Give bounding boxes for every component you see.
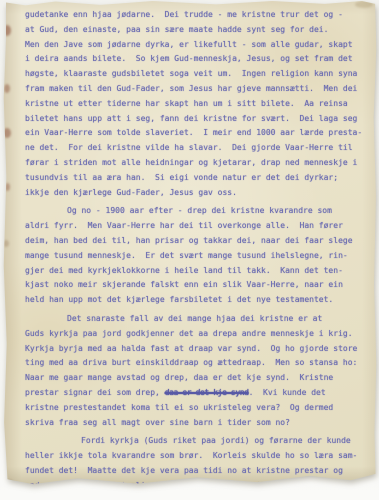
paper-stain xyxy=(3,25,11,36)
text-segment: at Gud, den einaste, paa sin sære maate … xyxy=(25,25,328,34)
text-line: skriva fraa seg all magt over sine barn … xyxy=(25,416,363,431)
text-segment: fundet det! Maatte det kje vera paa tidi… xyxy=(25,466,343,475)
paper-stain xyxy=(4,84,10,93)
text-line: gudetanke enn hjaa jødarne. Dei trudde -… xyxy=(25,8,363,23)
text-segment: gudetanke enn hjaa jødarne. Dei trudde -… xyxy=(25,10,343,19)
typewritten-text: gudetanke enn hjaa jødarne. Dei trudde -… xyxy=(25,8,363,494)
text-segment: aldri fyrr. Men Vaar-Herre har dei til o… xyxy=(25,221,343,230)
text-line: Det snaraste fall av dei mange hjaa dei … xyxy=(25,312,363,327)
text-line: deim, han bed dei til, han prisar og tak… xyxy=(25,234,363,249)
text-line: Og no - 1900 aar efter - drep dei kristn… xyxy=(25,204,363,219)
paragraph: Fordi kyrkja (Guds riket paa jordi) og f… xyxy=(25,434,363,493)
text-segment: ting med aa driva burt einskilddraap og … xyxy=(25,358,357,367)
text-segment: Fordi kyrkja (Guds riket paa jordi) og f… xyxy=(81,436,351,445)
paper-stain xyxy=(3,240,9,247)
text-segment: kjast noko meir skjerande falskt enn ein… xyxy=(25,280,343,289)
paper-stain xyxy=(3,128,11,138)
text-line: ting med aa driva burt einskilddraap og … xyxy=(25,356,363,371)
text-line: kjast noko meir skjerande falskt enn ein… xyxy=(25,278,363,293)
text-line: ikkje den kjærlege Gud-Fader, Jesus gav … xyxy=(25,186,363,201)
text-line: gjer dei med kyrkjeklokkorne i heile lan… xyxy=(25,264,363,279)
text-segment: ein Vaar-Herre som tolde slaveriet. I me… xyxy=(25,128,362,137)
text-segment: biletet hans upp att i seg, fann dei kri… xyxy=(25,114,357,123)
paragraph: Og no - 1900 aar efter - drep dei kristn… xyxy=(25,204,363,308)
text-line: ein Vaar-Herre som tolde slaveriet. I me… xyxy=(25,126,363,141)
text-segment: held han upp mot det kjærlege farsbilete… xyxy=(25,295,333,304)
text-segment: Guds kyrkja paa jord godkjenner det aa d… xyxy=(25,329,353,338)
text-line: Guds kyrkja paa jord godkjenner det aa d… xyxy=(25,327,363,342)
text-segment: skriva fraa seg all magt over sine barn … xyxy=(25,418,290,427)
text-segment: Men den Jave som jødarne dyrka, er likef… xyxy=(25,40,353,49)
text-line: heller ikkje tola kvarandre som brør. Ko… xyxy=(25,449,363,464)
text-segment: førar i striden mot alle heidningar og k… xyxy=(25,158,357,167)
text-segment: Det snaraste fall av dei mange hjaa dei … xyxy=(67,314,322,323)
text-line: førar i striden mot alle heidningar og k… xyxy=(25,156,363,171)
paper-shadow-wrap: gudetanke enn hjaa jødarne. Dei trudde -… xyxy=(0,0,379,500)
paper-stain xyxy=(5,183,10,191)
text-line: fundet det! Maatte det kje vera paa tidi… xyxy=(25,464,363,479)
text-line: i deira aands bilete. So kjem Gud-mennes… xyxy=(25,52,363,67)
text-line: mange tusund menneskje. Er det svært man… xyxy=(25,249,363,264)
text-line: høgste, klaaraste gudsbiletet soga veit … xyxy=(25,67,363,82)
paragraph: gudetanke enn hjaa jødarne. Dei trudde -… xyxy=(25,8,363,200)
text-line: Kyrkja byrja med aa halda fast at draap … xyxy=(25,342,363,357)
text-line: andre førarar i kristenlivet gjekk saman… xyxy=(25,479,363,494)
text-line: Men den Jave som jødarne dyrka, er likef… xyxy=(25,38,363,53)
text-line: Naar me gaar mange avstad og drep, daa e… xyxy=(25,371,363,386)
paragraph: Det snaraste fall av dei mange hjaa dei … xyxy=(25,312,363,430)
text-segment: Naar me gaar mange avstad og drep, daa e… xyxy=(25,373,333,382)
text-line: Fordi kyrkja (Guds riket paa jordi) og f… xyxy=(25,434,363,449)
text-segment: høgste, klaaraste gudsbiletet soga veit … xyxy=(25,69,357,78)
text-line: kristne ut etter tiderne har skapt han u… xyxy=(25,97,363,112)
text-segment: kristne prestestandet koma til ei so ukr… xyxy=(25,403,333,412)
text-line: prestar signar dei som drep, daa er det … xyxy=(25,386,363,401)
text-line: ne det. For dei kristne vilde ha slavar.… xyxy=(25,141,363,156)
text-segment: gjer dei med kyrkjeklokkorne i heile lan… xyxy=(25,266,343,275)
text-segment: kristne ut etter tiderne har skapt han u… xyxy=(25,99,348,108)
text-segment: heller ikkje tola kvarandre som brør. Ko… xyxy=(25,451,357,460)
text-line: fram maken til den Gud-Fader, som Jesus … xyxy=(25,82,363,97)
text-line: held han upp mot det kjærlege farsbilete… xyxy=(25,293,363,308)
text-segment: mange tusund menneskje. Er det svært man… xyxy=(25,251,348,260)
text-segment: Og no - 1900 aar efter - drep dei kristn… xyxy=(67,206,332,215)
text-line: aldri fyrr. Men Vaar-Herre har dei til o… xyxy=(25,219,363,234)
text-line: biletet hans upp att i seg, fann dei kri… xyxy=(25,112,363,127)
text-segment: deim, han bed dei til, han prisar og tak… xyxy=(25,236,353,245)
text-segment: prestar signar dei som drep, xyxy=(25,388,165,397)
text-segment: andre førarar i kristenlivet gjekk saman… xyxy=(25,481,357,490)
scanned-document: gudetanke enn hjaa jødarne. Dei trudde -… xyxy=(0,0,379,500)
text-line: kristne prestestandet koma til ei so ukr… xyxy=(25,401,363,416)
text-segment: fram maken til den Gud-Fader, som Jesus … xyxy=(25,84,357,93)
text-segment: Kyrkja byrja med aa halda fast at draap … xyxy=(25,344,357,353)
paper-sheet: gudetanke enn hjaa jødarne. Dei trudde -… xyxy=(3,0,377,491)
text-segment: tusundvis til aa æra han. Si eigi vonde … xyxy=(25,173,338,182)
text-line: at Gud, den einaste, paa sin sære maate … xyxy=(25,23,363,38)
struck-out-text: daa er det kje synd xyxy=(165,388,249,397)
text-segment: ne det. For dei kristne vilde ha slavar.… xyxy=(25,143,353,152)
text-line: tusundvis til aa æra han. Si eigi vonde … xyxy=(25,171,363,186)
text-segment: i deira aands bilete. So kjem Gud-mennes… xyxy=(25,54,353,63)
paper-stain xyxy=(355,1,373,8)
text-segment: . Kvi kunde det xyxy=(249,388,326,397)
text-segment: ikkje den kjærlege Gud-Fader, Jesus gav … xyxy=(25,188,237,197)
paper-stain xyxy=(4,480,14,488)
